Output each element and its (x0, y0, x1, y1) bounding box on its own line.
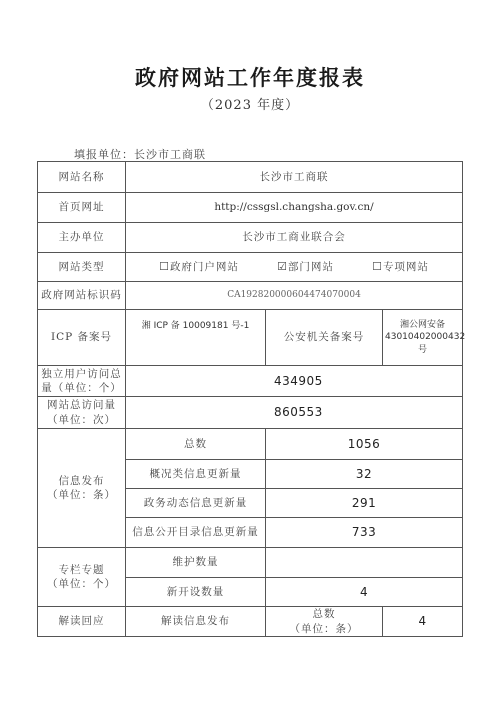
unique-visitors-value: 434905 (126, 366, 463, 397)
columns-new-label: 新开设数量 (126, 578, 266, 607)
row-site-name: 网站名称 长沙市工商联 (38, 162, 463, 193)
unchecked-box-icon: ☐ (372, 260, 383, 273)
info-total-value: 1056 (266, 429, 463, 460)
filler-value: 长沙市工商联 (134, 148, 206, 161)
row-unique-visitors: 独立用户访问总 量（单位：个） 434905 (38, 366, 463, 397)
site-type-option-department[interactable]: ☑部门网站 (277, 260, 334, 275)
unique-visitors-label: 独立用户访问总 量（单位：个） (38, 366, 126, 397)
info-news-value: 291 (266, 489, 463, 518)
columns-new-value: 4 (266, 578, 463, 607)
police-record-label: 公安机关备案号 (266, 310, 383, 366)
site-type-option-portal[interactable]: ☐政府门户网站 (159, 260, 239, 275)
report-year: （2023 年度） (0, 94, 500, 113)
row-icp: ICP 备案号 湘 ICP 备 10009181 号-1 公安机关备案号 湘公网… (38, 310, 463, 366)
total-visits-value: 860553 (126, 397, 463, 429)
info-total-label: 总数 (126, 429, 266, 460)
site-type-label: 网站类型 (38, 253, 126, 282)
sponsor-label: 主办单位 (38, 223, 126, 253)
info-publish-label: 信息发布 （单位：条） (38, 429, 126, 548)
site-type-options: ☐政府门户网站 ☑部门网站 ☐专项网站 (126, 253, 463, 282)
row-total-visits: 网站总访问量 （单位：次） 860553 (38, 397, 463, 429)
unchecked-box-icon: ☐ (159, 260, 170, 273)
info-overview-label: 概况类信息更新量 (126, 460, 266, 489)
columns-maintained-value (266, 548, 463, 578)
interpretation-label: 解读回应 (38, 607, 126, 637)
interpretation-total-value: 4 (383, 607, 463, 637)
row-sponsor: 主办单位 长沙市工商业联合会 (38, 223, 463, 253)
info-catalog-value: 733 (266, 518, 463, 548)
report-title: 政府网站工作年度报表 (0, 62, 500, 92)
columns-label: 专栏专题 （单位：个） (38, 548, 126, 607)
row-interpretation: 解读回应 解读信息发布 总数 （单位：条） 4 (38, 607, 463, 637)
row-homepage: 首页网址 http://cssgsl.changsha.gov.cn/ (38, 193, 463, 223)
row-site-id: 政府网站标识码 CA192820000604474070004 (38, 282, 463, 310)
site-type-option-special[interactable]: ☐专项网站 (372, 260, 429, 275)
interpretation-total-label: 总数 （单位：条） (266, 607, 383, 637)
info-news-label: 政务动态信息更新量 (126, 489, 266, 518)
total-visits-label: 网站总访问量 （单位：次） (38, 397, 126, 429)
icp-label: ICP 备案号 (38, 310, 126, 366)
info-overview-value: 32 (266, 460, 463, 489)
row-site-type: 网站类型 ☐政府门户网站 ☑部门网站 ☐专项网站 (38, 253, 463, 282)
homepage-url[interactable]: http://cssgsl.changsha.gov.cn/ (126, 193, 463, 223)
checked-box-icon: ☑ (277, 260, 288, 273)
info-catalog-label: 信息公开目录信息更新量 (126, 518, 266, 548)
filler-label: 填报单位： (74, 148, 134, 161)
homepage-label: 首页网址 (38, 193, 126, 223)
interpretation-sub-label: 解读信息发布 (126, 607, 266, 637)
row-info-total: 信息发布 （单位：条） 总数 1056 (38, 429, 463, 460)
columns-maintained-label: 维护数量 (126, 548, 266, 578)
row-columns-maintained: 专栏专题 （单位：个） 维护数量 (38, 548, 463, 578)
site-id-value: CA192820000604474070004 (126, 282, 463, 310)
icp-value: 湘 ICP 备 10009181 号-1 (126, 310, 266, 366)
site-name-label: 网站名称 (38, 162, 126, 193)
sponsor-value: 长沙市工商业联合会 (126, 223, 463, 253)
filler-unit: 填报单位：长沙市工商联 (74, 146, 206, 162)
police-record-value: 湘公网安备 43010402000432 号 (383, 310, 463, 366)
site-id-label: 政府网站标识码 (38, 282, 126, 310)
annual-report-table: 网站名称 长沙市工商联 首页网址 http://cssgsl.changsha.… (37, 161, 463, 637)
site-name-value: 长沙市工商联 (126, 162, 463, 193)
